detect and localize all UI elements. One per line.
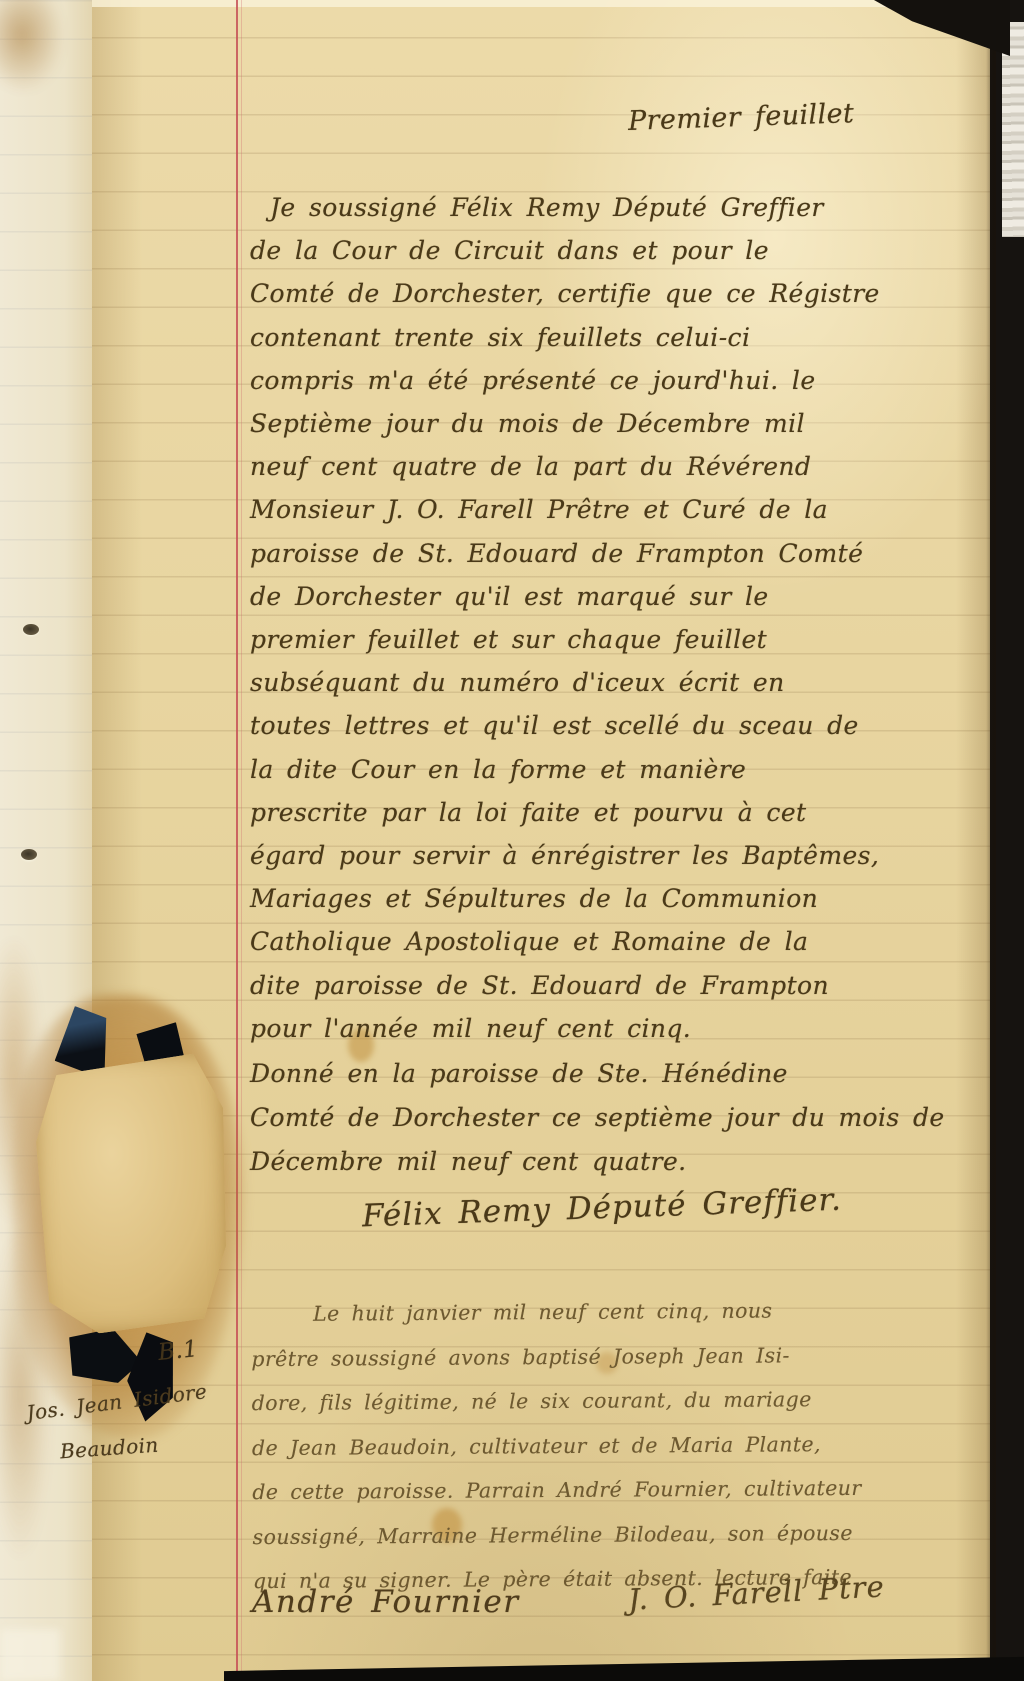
baptism-line: de cette paroisse. Parrain André Fournie… [252, 1466, 862, 1515]
binding-shadow [986, 0, 996, 1681]
attestation-line: paroisse de St. Edouard de Frampton Comt… [250, 532, 880, 575]
attestation-line: subséquant du numéro d'iceux écrit en [250, 661, 880, 704]
attestation-line: de Dorchester qu'il est marqué sur le [250, 575, 880, 618]
stain [0, 0, 62, 90]
godfather-signature: André Fournier [252, 1584, 520, 1620]
binding-hole [23, 624, 39, 635]
attestation-line: prescrite par la loi faite et pourvu à c… [250, 791, 880, 834]
attestation-line: Comté de Dorchester, certifie que ce Rég… [250, 272, 880, 315]
register-page-scan: Premier feuillet Je soussigné Félix Remy… [0, 0, 1024, 1681]
margin-entry-number: B.1 [157, 1336, 200, 1366]
baptism-line: prêtre soussigné avons baptisé Joseph Je… [251, 1332, 861, 1381]
red-margin-line [236, 0, 238, 1681]
baptism-line: de Jean Beaudoin, cultivateur et de Mari… [252, 1421, 862, 1470]
attestation-line: contenant trente six feuillets celui-ci [250, 316, 880, 359]
attestation-line: Mariages et Sépultures de la Communion [250, 877, 880, 920]
attestation-line: de la Cour de Circuit dans et pour le [250, 229, 880, 272]
closing-line: Donné en la paroisse de Ste. Hénédine [250, 1052, 945, 1096]
attestation-line: toutes lettres et qu'il est scellé du sc… [250, 704, 880, 747]
attestation-line: premier feuillet et sur chaque feuillet [250, 618, 880, 661]
clerk-attestation-paragraph: Je soussigné Félix Remy Député Greffierd… [250, 186, 880, 1050]
attestation-line: Monsieur J. O. Farell Prêtre et Curé de … [250, 488, 880, 531]
attestation-line: pour l'année mil neuf cent cinq. [250, 1007, 880, 1050]
baptism-line: dore, fils légitime, né le six courant, … [252, 1377, 862, 1426]
baptism-act-paragraph: Le huit janvier mil neuf cent cinq, nous… [251, 1288, 862, 1604]
attestation-line: neuf cent quatre de la part du Révérend [250, 445, 880, 488]
attestation-line: Septième jour du mois de Décembre mil [250, 402, 880, 445]
attestation-line: Je soussigné Félix Remy Député Greffier [250, 186, 880, 229]
bottom-left-paper [0, 1629, 60, 1681]
closing-paragraph: Donné en la paroisse de Ste. HénédineCom… [250, 1052, 945, 1184]
attestation-line: dite paroisse de St. Edouard de Frampton [250, 964, 880, 1007]
attestation-line: la dite Cour en la forme et manière [250, 748, 880, 791]
closing-line: Décembre mil neuf cent quatre. [250, 1140, 945, 1184]
binding-hole [21, 849, 37, 860]
closing-line: Comté de Dorchester ce septième jour du … [250, 1096, 945, 1140]
red-margin-line-echo [241, 0, 242, 1681]
attestation-line: compris m'a été présenté ce jourd'hui. l… [250, 359, 880, 402]
attestation-line: égard pour servir à énrégistrer les Bapt… [250, 834, 880, 877]
attestation-line: Catholique Apostolique et Romaine de la [250, 920, 880, 963]
court-paper-seal [33, 1053, 231, 1335]
page-left-edge [0, 0, 92, 1681]
baptism-line: Le huit janvier mil neuf cent cinq, nous [251, 1288, 861, 1337]
baptism-line: soussigné, Marraine Herméline Bilodeau, … [252, 1510, 862, 1559]
page-top-edge [88, 0, 992, 7]
